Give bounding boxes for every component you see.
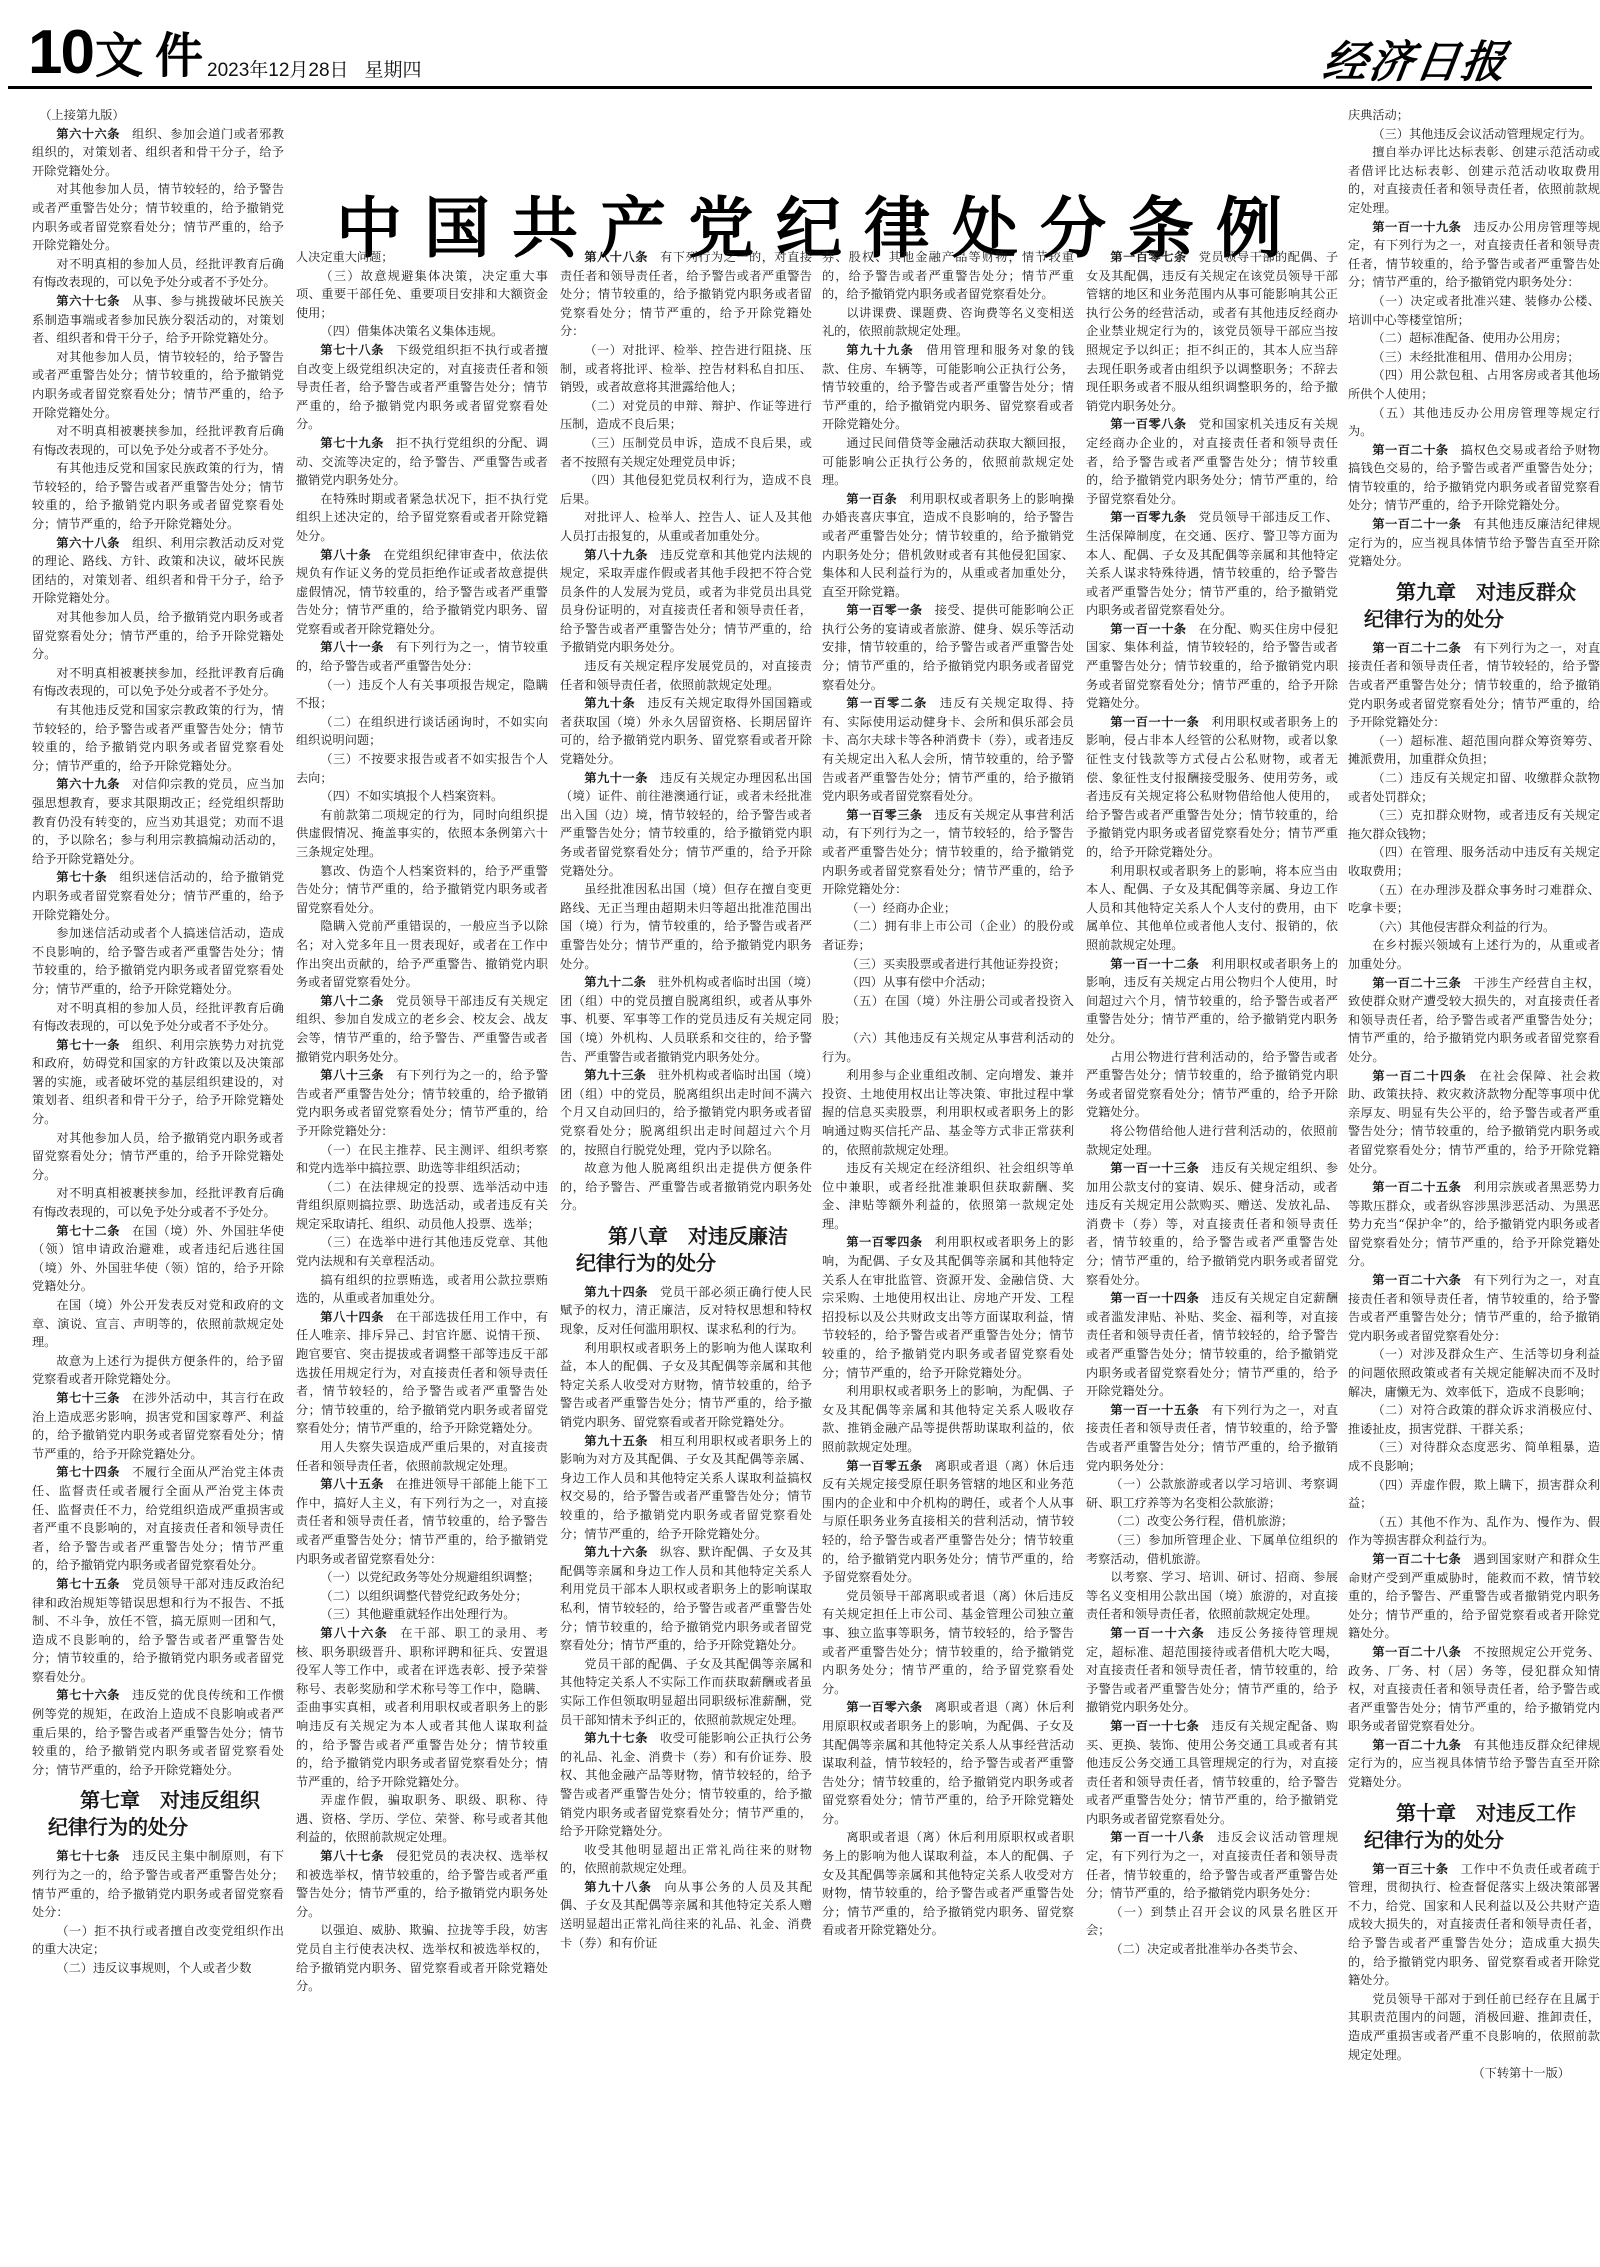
chapter-heading: 第七章 对违反组织纪律行为的处分 (32, 1787, 284, 1841)
body-paragraph: （三）故意规避集体决策，决定重大事项、重要干部任免、重要项目安排和大额资金使用； (296, 267, 548, 323)
article-number: 第九十五条 (584, 1434, 648, 1448)
article-paragraph: 第一百零一条接受、提供可能影响公正执行公务的宴请或者旅游、健身、娱乐等活动安排，… (822, 601, 1074, 694)
article-paragraph: 第一百零六条离职或者退（离）休后利用原职权或者职务上的影响，为配偶、子女及其配偶… (822, 1698, 1074, 1828)
article-paragraph: 第一百条利用职权或者职务上的影响操办婚丧喜庆事宜，造成不良影响的，给予警告或者严… (822, 490, 1074, 602)
body-paragraph: 违反有关规定程序发展党员的，对直接责任者和领导责任者，依照前款规定处理。 (560, 657, 812, 694)
article-number: 第一百二十六条 (1372, 1273, 1461, 1287)
article-paragraph: 第一百二十八条不按照规定公开党务、政务、厂务、村（居）务等，侵犯群众知情权，对直… (1348, 1643, 1600, 1736)
article-number: 第一百一十三条 (1110, 1161, 1199, 1175)
date-line: 2023年12月28日星期四 (207, 55, 422, 82)
body-paragraph: 违反有关规定在经济组织、社会组织等单位中兼职，或者经批准兼职但获取薪酬、奖金、津… (822, 1159, 1074, 1233)
article-paragraph: 第一百二十六条有下列行为之一，对直接责任者和领导责任者，情节较重的，给予警告或者… (1348, 1271, 1600, 1345)
body-paragraph: （二）以组织调整代替党纪政务处分； (296, 1587, 548, 1606)
article-paragraph: 第一百一十条在分配、购买住房中侵犯国家、集体利益，情节较轻的，给予警告或者严重警… (1086, 620, 1338, 713)
chapter-heading-line1: 第十章 对违反工作 (1348, 1800, 1600, 1827)
article-paragraph: 第一百零四条利用职权或者职务上的影响，为配偶、子女及其配偶等亲属和其他特定关系人… (822, 1233, 1074, 1382)
article-number: 第八十一条 (320, 640, 384, 654)
article-number: 第一百条 (846, 492, 897, 506)
body-paragraph: 党员干部的配偶、子女及其配偶等亲属和其他特定关系人不实际工作而获取薪酬或者虽实际… (560, 1655, 812, 1729)
chapter-heading-line1: 第九章 对违反群众 (1348, 579, 1600, 606)
article-number: 第一百一十六条 (1110, 1626, 1205, 1640)
article-text: 党员领导干部违反工作、生活保障制度，在交通、医疗、警卫等方面为本人、配偶、子女及… (1086, 510, 1338, 617)
article-paragraph: 第一百一十一条利用职权或者职务上的影响，侵占非本人经管的公私财物，或者以象征性支… (1086, 713, 1338, 862)
article-number: 第八十条 (320, 548, 371, 562)
article-number: 第一百零一条 (846, 603, 922, 617)
article-paragraph: 第八十七条侵犯党员的表决权、选举权和被选举权，情节较重的，给予警告或者严重警告处… (296, 1847, 548, 1921)
article-paragraph: 第一百零二条违反有关规定取得、持有、实际使用运动健身卡、会所和俱乐部会员卡、高尔… (822, 694, 1074, 806)
article-number: 第七十六条 (56, 1688, 120, 1702)
article-number: 第七十七条 (56, 1849, 120, 1863)
article-text: 违反党章和其他党内法规的规定，采取弄虚作假或者其他手段把不符合党员条件的人发展为… (560, 548, 812, 655)
article-paragraph: 第一百零七条党员领导干部的配偶、子女及其配偶，违反有关规定在该党员领导干部管辖的… (1086, 248, 1338, 415)
article-number: 第一百一十一条 (1110, 715, 1199, 729)
article-paragraph: 第九十条违反有关规定取得外国国籍或者获取国（境）外永久居留资格、长期居留许可的，… (560, 694, 812, 768)
article-text: 离职或者退（离）休后违反有关规定接受原任职务管辖的地区和业务范围内的企业和中介机… (822, 1459, 1074, 1585)
body-paragraph: 对不明真相的参加人员，经批评教育后确有悔改表现的，可以免予处分或者不予处分。 (32, 999, 284, 1036)
article-number: 第一百零五条 (846, 1459, 922, 1473)
page-header: 10 文件 2023年12月28日星期四 经济日报 (0, 0, 1600, 90)
text-column-5: 第一百零七条党员领导干部的配偶、子女及其配偶，违反有关规定在该党员领导干部管辖的… (1086, 248, 1338, 2258)
body-paragraph: 利用职权或者职务上的影响为他人谋取利益，本人的配偶、子女及其配偶等亲属和其他特定… (560, 1339, 812, 1432)
article-paragraph: 第九十八条向从事公务的人员及其配偶、子女及其配偶等亲属和其他特定关系人赠送明显超… (560, 1878, 812, 1952)
article-paragraph: 第八十四条在干部选拔任用工作中，有任人唯亲、排斥异己、封官许愿、说情干预、跑官要… (296, 1308, 548, 1438)
article-number: 第八十二条 (320, 994, 384, 1008)
page-number: 10 (28, 22, 93, 84)
body-paragraph: 有其他违反党和国家宗教政策的行为，情节较轻的，给予警告或者严重警告处分；情节较重… (32, 701, 284, 775)
article-number: 第八十四条 (320, 1310, 384, 1324)
article-paragraph: 第七十五条党员领导干部对违反政治纪律和政治规矩等错误思想和行为不报告、不抵制、不… (32, 1575, 284, 1687)
body-paragraph: （一）经商办企业； (822, 899, 1074, 918)
body-paragraph: （三）未经批准租用、借用办公用房； (1348, 348, 1600, 367)
article-paragraph: 第一百一十四条违反有关规定自定薪酬或者滥发津贴、补贴、奖金、福利等，对直接责任者… (1086, 1289, 1338, 1401)
article-paragraph: 第七十条组织迷信活动的，给予撤销党内职务或者留党察看处分；情节严重的，给予开除党… (32, 868, 284, 924)
article-text: 违反有关规定自定薪酬或者滥发津贴、补贴、奖金、福利等，对直接责任者和领导责任者，… (1086, 1291, 1338, 1398)
body-paragraph: （三）在选举中进行其他违反党章、其他党内法规和有关章程活动。 (296, 1233, 548, 1270)
text-column-4: 券、股权、其他金融产品等财物，情节较重的，给予警告或者严重警告处分；情节严重的，… (822, 248, 1074, 2258)
article-number: 第八十五条 (320, 1477, 384, 1491)
body-paragraph: （二）超标准配备、使用办公用房； (1348, 329, 1600, 348)
body-paragraph: （二）决定或者批准举办各类节会、 (1086, 1940, 1338, 1959)
body-paragraph: 对不明真相被裹挟参加，经批评教育后确有悔改表现的，可以免予处分或者不予处分。 (32, 422, 284, 459)
body-paragraph: 对其他参加人员，给予撤销党内职务或者留党察看处分；情节严重的，给予开除党籍处分。 (32, 608, 284, 664)
article-number: 第八十七条 (320, 1849, 384, 1863)
article-paragraph: 第七十四条不履行全面从严治党主体责任、监督责任或者履行全面从严治党主体责任、监督… (32, 1463, 284, 1575)
body-paragraph: （一）以党纪政务等处分规避组织调整； (296, 1568, 548, 1587)
chapter-heading-line1: 第八章 对违反廉洁 (560, 1223, 812, 1250)
article-number: 第六十六条 (56, 127, 120, 141)
body-paragraph: （四）弄虚作假，欺上瞒下，损害群众利益； (1348, 1476, 1600, 1513)
body-paragraph: （四）用公款包租、占用客房或者其他场所供个人使用； (1348, 366, 1600, 403)
article-paragraph: 第九十四条党员干部必须正确行使人民赋予的权力，清正廉洁，反对特权思想和特权现象，… (560, 1283, 812, 1339)
body-paragraph: 对批评人、检举人、控告人、证人及其他人员打击报复的，从重或者加重处分。 (560, 508, 812, 545)
article-number: 第一百二十四条 (1372, 1069, 1467, 1083)
article-paragraph: 第一百二十九条有其他违反群众纪律规定行为的，应当视具体情节给予警告直至开除党籍处… (1348, 1736, 1600, 1792)
body-paragraph: 在国（境）外公开发表反对党和政府的文章、演说、宣言、声明等的，依照前款规定处理。 (32, 1296, 284, 1352)
article-paragraph: 第六十七条从事、参与挑拨破坏民族关系制造事端或者参加民族分裂活动的，对策划者、组… (32, 292, 284, 348)
article-paragraph: 第八十条在党组织纪律审查中，依法依规负有作证义务的党员拒绝作证或者故意提供虚假情… (296, 546, 548, 639)
text-column-3: 第八十八条有下列行为之一的，对直接责任者和领导责任者，给予警告或者严重警告处分；… (560, 248, 812, 2258)
body-paragraph: 有其他违反党和国家民族政策的行为，情节较轻的，给予警告或者严重警告处分；情节较重… (32, 459, 284, 533)
article-number: 第一百零三条 (846, 808, 922, 822)
article-paragraph: 第一百二十五条利用宗族或者黑恶势力等欺压群众，或者纵容涉黑涉恶活动、为黑恶势力充… (1348, 1178, 1600, 1271)
body-paragraph: （二）违反有关规定扣留、收缴群众款物或者处罚群众； (1348, 769, 1600, 806)
body-paragraph: （二）对党员的申辩、辩护、作证等进行压制，造成不良后果； (560, 397, 812, 434)
continued-paragraph: 庆典活动； (1348, 106, 1600, 125)
body-paragraph: 虽经批准因私出国（境）但存在擅自变更路线、无正当理由超期未归等超出批准范围出国（… (560, 880, 812, 973)
article-text: 在社会保障、社会救助、政策扶持、救灾救济款物分配等事项中优亲厚友、明显有失公平的… (1348, 1069, 1600, 1176)
article-paragraph: 第一百零九条党员领导干部违反工作、生活保障制度，在交通、医疗、警卫等方面为本人、… (1086, 508, 1338, 620)
article-paragraph: 第一百一十六条违反公务接待管理规定，超标准、超范围接待或者借机大吃大喝，对直接责… (1086, 1624, 1338, 1717)
body-paragraph: 对不明真相被裹挟参加，经批评教育后确有悔改表现的，可以免予处分或者不予处分。 (32, 1184, 284, 1221)
chapter-heading-line2: 纪律行为的处分 (1348, 606, 1600, 633)
article-paragraph: 第一百二十条搞权色交易或者给予财物搞钱色交易的，给予警告或者严重警告处分；情节较… (1348, 441, 1600, 515)
body-paragraph: （五）在办理涉及群众事务时刁难群众、吃拿卡要； (1348, 881, 1600, 918)
body-paragraph: 对不明真相的参加人员，经批评教育后确有悔改表现的，可以免予处分或者不予处分。 (32, 255, 284, 292)
article-text: 违反有关规定组织、参加用公款支付的宴请、娱乐、健身活动，或者违反有关规定用公款购… (1086, 1161, 1338, 1287)
body-paragraph: 收受其他明显超出正常礼尚往来的财物的，依照前款规定处理。 (560, 1841, 812, 1878)
body-paragraph: （三）买卖股票或者进行其他证券投资； (822, 955, 1074, 974)
text-column-2: 人决定重大问题；（三）故意规避集体决策，决定重大事项、重要干部任免、重要项目安排… (296, 248, 548, 2258)
chapter-heading-line2: 纪律行为的处分 (560, 1250, 812, 1277)
body-paragraph: 参加迷信活动或者个人搞迷信活动，造成不良影响的，给予警告或者严重警告处分；情节较… (32, 924, 284, 998)
article-number: 第七十三条 (56, 1391, 120, 1405)
body-paragraph: 对其他参加人员，给予撤销党内职务或者留党察看处分；情节严重的，给予开除党籍处分。 (32, 1129, 284, 1185)
issue-weekday: 星期四 (365, 60, 422, 81)
body-paragraph: （一）违反个人有关事项报告规定，隐瞒不报； (296, 676, 548, 713)
article-number: 第六十九条 (56, 777, 120, 791)
article-number: 第九十四条 (584, 1285, 648, 1299)
article-paragraph: 第七十六条违反党的优良传统和工作惯例等党的规矩，在政治上造成不良影响或者严重后果… (32, 1686, 284, 1779)
body-paragraph: （三）参加所管理企业、下属单位组织的考察活动，借机旅游。 (1086, 1531, 1338, 1568)
body-paragraph: 弄虚作假，骗取职务、职级、职称、待遇、资格、学历、学位、荣誉、称号或者其他利益的… (296, 1791, 548, 1847)
article-number: 第七十五条 (56, 1577, 120, 1591)
article-text: 纵容、默许配偶、子女及其配偶等亲属和身边工作人员和其他特定关系人利用党员干部本人… (560, 1545, 812, 1652)
body-paragraph: 有前款第二项规定的行为，同时向组织提供虚假情况、掩盖事实的，依照本条例第六十三条… (296, 806, 548, 862)
body-paragraph: 以考察、学习、培训、研讨、招商、参展等名义变相用公款出国（境）旅游的，对直接责任… (1086, 1568, 1338, 1624)
article-number: 第七十四条 (56, 1465, 120, 1479)
article-number: 第七十条 (56, 870, 107, 884)
article-number: 第八十三条 (320, 1068, 384, 1082)
article-paragraph: 第一百零八条党和国家机关违反有关规定经商办企业的，对直接责任者和领导责任者，给予… (1086, 415, 1338, 508)
article-number: 第一百零六条 (846, 1700, 922, 1714)
body-paragraph: （三）对待群众态度恶劣、简单粗暴，造成不良影响； (1348, 1438, 1600, 1475)
body-paragraph: （一）公款旅游或者以学习培训、考察调研、职工疗养等为名变相公款旅游； (1086, 1475, 1338, 1512)
body-paragraph: （一）对涉及群众生产、生活等切身利益的问题依照政策或者有关规定能解决而不及时解决… (1348, 1345, 1600, 1401)
article-text: 违反有关规定取得、持有、实际使用运动健身卡、会所和俱乐部会员卡、高尔夫球卡等各种… (822, 696, 1074, 803)
body-paragraph: （六）其他侵害群众利益的行为。 (1348, 918, 1600, 937)
article-paragraph: 第一百二十四条在社会保障、社会救助、政策扶持、救灾救济款物分配等事项中优亲厚友、… (1348, 1067, 1600, 1179)
article-number: 第一百一十七条 (1110, 1719, 1199, 1733)
article-text: 在干部选拔任用工作中，有任人唯亲、排斥异己、封官许愿、说情干预、跑官要官、突击提… (296, 1310, 548, 1436)
body-paragraph: （三）不按要求报告或者不如实报告个人去向； (296, 750, 548, 787)
article-number: 第一百零四条 (846, 1235, 922, 1249)
article-text: 违反有关规定办理因私出国（境）证件、前往港澳通行证，或者未经批准出入国（边）境，… (560, 771, 812, 878)
article-paragraph: 第一百二十一条有其他违反廉洁纪律规定行为的，应当视具体情节给予警告直至开除党籍处… (1348, 515, 1600, 571)
body-paragraph: 对其他参加人员，情节较轻的，给予警告或者严重警告处分；情节较重的，给予撤销党内职… (32, 180, 284, 254)
article-number: 第八十八条 (584, 250, 648, 264)
article-text: 不履行全面从严治党主体责任、监督责任或者履行全面从严治党主体责任、监督责任不力，… (32, 1465, 284, 1572)
article-paragraph: 第九十六条纵容、默许配偶、子女及其配偶等亲属和身边工作人员和其他特定关系人利用党… (560, 1543, 812, 1655)
article-text: 党员领导干部的配偶、子女及其配偶，违反有关规定在该党员领导干部管辖的地区和业务范… (1086, 250, 1338, 413)
article-number: 第六十七条 (56, 294, 120, 308)
body-paragraph: （四）借集体决策名义集体违规。 (296, 322, 548, 341)
article-number: 第一百二十三条 (1372, 976, 1461, 990)
article-text: 离职或者退（离）休后利用原职权或者职务上的影响，为配偶、子女及其配偶等亲属和其他… (822, 1700, 1074, 1826)
article-paragraph: 第一百三十条工作中不负责任或者疏于管理，贯彻执行、检查督促落实上级决策部署不力，… (1348, 1860, 1600, 1990)
article-number: 第一百一十八条 (1110, 1830, 1205, 1844)
article-number: 第九十一条 (584, 771, 648, 785)
body-paragraph: （一）在民主推荐、民主测评、组织考察和党内选举中搞拉票、助选等非组织活动； (296, 1141, 548, 1178)
body-paragraph: 利用参与企业重组改制、定向增发、兼并投资、土地使用权出让等决策、审批过程中掌握的… (822, 1066, 1074, 1159)
article-number: 第七十一条 (56, 1038, 120, 1052)
body-paragraph: （一）拒不执行或者擅自改变党组织作出的重大决定； (32, 1922, 284, 1959)
article-number: 第一百一十二条 (1110, 957, 1199, 971)
body-paragraph: （六）其他违反有关规定从事营利活动的行为。 (822, 1029, 1074, 1066)
body-paragraph: 通过民间借贷等金融活动获取大额回报，可能影响公正执行公务的，依照前款规定处理。 (822, 434, 1074, 490)
article-paragraph: 第一百零三条违反有关规定从事营利活动，有下列行为之一，情节较轻的，给予警告或者严… (822, 806, 1074, 899)
article-paragraph: 第八十一条有下列行为之一，情节较重的，给予警告或者严重警告处分： (296, 638, 548, 675)
body-paragraph: 篡改、伪造个人档案资料的，给予严重警告处分；情节严重的，给予撤销党内职务或者留党… (296, 862, 548, 918)
article-paragraph: 第一百二十二条有下列行为之一，对直接责任者和领导责任者，情节较轻的，给予警告或者… (1348, 639, 1600, 732)
article-number: 第一百二十一条 (1372, 517, 1461, 531)
article-paragraph: 第八十九条违反党章和其他党内法规的规定，采取弄虚作假或者其他手段把不符合党员条件… (560, 546, 812, 658)
body-paragraph: （三）克扣群众财物，或者违反有关规定拖欠群众钱物； (1348, 806, 1600, 843)
article-paragraph: 第一百一十七条违反有关规定配备、购买、更换、装饰、使用公务交通工具或者有其他违反… (1086, 1717, 1338, 1829)
article-number: 第八十六条 (320, 1626, 388, 1640)
article-paragraph: 第一百二十七条遇到国家财产和群众生命财产受到严重威胁时，能救而不救，情节较重的，… (1348, 1550, 1600, 1643)
article-paragraph: 第九十七条收受可能影响公正执行公务的礼品、礼金、消费卡（券）和有价证券、股权、其… (560, 1729, 812, 1841)
article-number: 第九十六条 (584, 1545, 648, 1559)
article-text: 相互利用职权或者职务上的影响为对方及其配偶、子女及其配偶等亲属、身边工作人员和其… (560, 1434, 812, 1541)
body-paragraph: 对其他参加人员，情节较轻的，给予警告或者严重警告处分；情节较重的，给予撤销党内职… (32, 348, 284, 422)
article-text: 利用职权或者职务上的影响，为配偶、子女及其配偶等亲属和其他特定关系人在审批监管、… (822, 1235, 1074, 1379)
article-paragraph: 第七十二条在国（境）外、外国驻华使（领）馆申请政治避难，或者违纪后逃往国（境）外… (32, 1222, 284, 1296)
article-number: 第一百一十九条 (1372, 220, 1461, 234)
article-number: 第七十二条 (56, 1224, 120, 1238)
article-paragraph: 第八十三条有下列行为之一的，给予警告或者严重警告处分；情节较重的，给予撤销党内职… (296, 1066, 548, 1140)
body-paragraph: 利用职权或者职务上的影响，为配偶、子女及其配偶等亲属和其他特定关系人吸收存款、推… (822, 1382, 1074, 1456)
issue-date: 2023年12月28日 (207, 60, 349, 81)
article-text: 在干部、职工的录用、考核、职务职级晋升、职称评聘和征兵、安置退役军人等工作中，或… (296, 1626, 548, 1789)
body-paragraph: 以强迫、威胁、欺骗、拉拢等手段，妨害党员自主行使表决权、选举权和被选举权的，给予… (296, 1921, 548, 1995)
article-paragraph: 第九十二条驻外机构或者临时出国（境）团（组）中的党员擅自脱离组织，或者从事外事、… (560, 973, 812, 1066)
body-paragraph: 故意为上述行为提供方便条件的，给予留党察看或者开除党籍处分。 (32, 1352, 284, 1389)
body-paragraph: 以讲课费、课题费、咨询费等名义变相送礼的，依照前款规定处理。 (822, 304, 1074, 341)
body-paragraph: （二）违反议事规则，个人或者少数 (32, 1959, 284, 1978)
article-number: 第九十条 (584, 696, 635, 710)
article-number: 第九十八条 (584, 1880, 652, 1894)
body-paragraph: 搞有组织的拉票贿选，或者用公款拉票贿选的，从重或者加重处分。 (296, 1271, 548, 1308)
body-paragraph: （二）改变公务行程，借机旅游； (1086, 1512, 1338, 1531)
article-number: 第一百二十七条 (1372, 1552, 1461, 1566)
article-text: 党员领导干部对违反政治纪律和政治规矩等错误思想和行为不报告、不抵制、不斗争，放任… (32, 1577, 284, 1684)
article-paragraph: 第八十六条在干部、职工的录用、考核、职务职级晋升、职称评聘和征兵、安置退役军人等… (296, 1624, 548, 1791)
article-number: 第一百二十二条 (1372, 641, 1461, 655)
section-name: 文件 (95, 28, 215, 84)
article-number: 第一百二十条 (1372, 443, 1448, 457)
body-paragraph: （三）其他违反会议活动管理规定行为。 (1348, 125, 1600, 144)
text-column-6: 庆典活动；（三）其他违反会议活动管理规定行为。擅自举办评比达标表彰、创建示范活动… (1348, 106, 1600, 2256)
body-paragraph: （五）在国（境）外注册公司或者投资入股； (822, 992, 1074, 1029)
body-paragraph: （一）对批评、检举、控告进行阻挠、压制，或者将批评、检举、控告材料私自扣压、销毁… (560, 341, 812, 397)
article-number: 第一百零八条 (1110, 417, 1186, 431)
article-text: 收受可能影响公正执行公务的礼品、礼金、消费卡（券）和有价证券、股权、其他金融产品… (560, 1731, 812, 1838)
article-paragraph: 第九十一条违反有关规定办理因私出国（境）证件、前往港澳通行证，或者未经批准出入国… (560, 769, 812, 881)
continued-paragraph: 券、股权、其他金融产品等财物，情节较重的，给予警告或者严重警告处分；情节严重的，… (822, 248, 1074, 304)
article-number: 第一百二十八条 (1372, 1645, 1461, 1659)
article-paragraph: 第七十一条组织、利用宗族势力对抗党和政府，妨碍党和国家的方针政策以及决策部署的实… (32, 1036, 284, 1129)
article-number: 第一百三十条 (1372, 1862, 1448, 1876)
article-number: 第九十二条 (584, 975, 646, 989)
body-paragraph: （五）其他不作为、乱作为、慢作为、假作为等损害群众利益行为。 (1348, 1513, 1600, 1550)
article-paragraph: 第八十二条党员领导干部违反有关规定组织、参加自发成立的老乡会、校友会、战友会等，… (296, 992, 548, 1066)
article-paragraph: 第一百一十二条利用职权或者职务上的影响，违反有关规定占用公物归个人使用，时间超过… (1086, 955, 1338, 1048)
article-text: 违反有关规定配备、购买、更换、装饰、使用公务交通工具或者有其他违反公务交通工具管… (1086, 1719, 1338, 1826)
article-paragraph: 第一百一十九条违反办公用房管理等规定，有下列行为之一，对直接责任者和领导责任者，… (1348, 218, 1600, 292)
continued-paragraph: 人决定重大问题； (296, 248, 548, 267)
article-text: 工作中不负责任或者疏于管理，贯彻执行、检查督促落实上级决策部署不力，给党、国家和… (1348, 1862, 1600, 1988)
chapter-heading-line2: 纪律行为的处分 (1348, 1827, 1600, 1854)
body-paragraph: 用人失察失误造成严重后果的，对直接责任者和领导责任者，依照前款规定处理。 (296, 1438, 548, 1475)
article-number: 第八十九条 (584, 548, 648, 562)
chapter-heading-line2: 纪律行为的处分 (32, 1814, 284, 1841)
body-paragraph: 隐瞒入党前严重错误的，一般应当予以除名；对入党多年且一贯表现好，或者在工作中作出… (296, 917, 548, 991)
article-paragraph: 第一百零五条离职或者退（离）休后违反有关规定接受原任职务管辖的地区和业务范围内的… (822, 1457, 1074, 1587)
body-paragraph: （四）在管理、服务活动中违反有关规定收取费用； (1348, 843, 1600, 880)
body-paragraph: （二）在法律规定的投票、选举活动中违背组织原则搞拉票、助选活动，或者违反有关规定… (296, 1178, 548, 1234)
article-number: 第一百二十九条 (1372, 1738, 1461, 1752)
continued-from-note: （上接第九版） (32, 106, 284, 125)
article-paragraph: 第六十六条组织、参加会道门或者邪教组织的，对策划者、组织者和骨干分子，给予开除党… (32, 125, 284, 181)
body-paragraph: 占用公物进行营利活动的，给予警告或者严重警告处分；情节较重的，给予撤销党内职务或… (1086, 1048, 1338, 1122)
header-rule (8, 86, 1592, 89)
chapter-heading-line1: 第七章 对违反组织 (32, 1787, 284, 1814)
body-paragraph: （四）不如实填报个人档案资料。 (296, 787, 548, 806)
article-number: 第一百零二条 (846, 696, 927, 710)
masthead-logo: 经济日报 (1320, 26, 1513, 90)
article-paragraph: 第九十五条相互利用职权或者职务上的影响为对方及其配偶、子女及其配偶等亲属、身边工… (560, 1432, 812, 1544)
body-paragraph: （四）其他侵犯党员权利行为，造成不良后果。 (560, 471, 812, 508)
body-paragraph: 在特殊时期或者紧急状况下，拒不执行党组织上述决定的，给予留党察看或者开除党籍处分… (296, 490, 548, 546)
article-text: 利用职权或者职务上的影响操办婚丧喜庆事宜，造成不良影响的，给予警告或者严重警告处… (822, 492, 1074, 599)
article-paragraph: 第七十九条拒不执行党组织的分配、调动、交流等决定的，给予警告、严重警告或者撤销党… (296, 434, 548, 490)
article-number: 第九十七条 (584, 1731, 648, 1745)
body-paragraph: （一）到禁止召开会议的风景名胜区开会； (1086, 1903, 1338, 1940)
body-paragraph: 在乡村振兴领域有上述行为的，从重或者加重处分。 (1348, 936, 1600, 973)
article-number: 第七十八条 (320, 343, 384, 357)
body-paragraph: （二）对符合政策的群众诉求消极应付、推诿扯皮，损害党群、干群关系； (1348, 1401, 1600, 1438)
article-paragraph: 第一百二十三条干涉生产经营自主权，致使群众财产遭受较大损失的，对直接责任者和领导… (1348, 974, 1600, 1067)
article-paragraph: 第七十七条违反民主集中制原则，有下列行为之一的，给予警告或者严重警告处分；情节严… (32, 1847, 284, 1921)
article-number: 第一百零七条 (1110, 250, 1186, 264)
article-number: 第九十九条 (846, 343, 914, 357)
article-number: 第七十九条 (320, 436, 384, 450)
body-paragraph: （二）拥有非上市公司（企业）的股份或者证券； (822, 917, 1074, 954)
article-number: 第一百零九条 (1110, 510, 1186, 524)
continued-on-note: （下转第十一版） (1348, 2064, 1600, 2083)
body-paragraph: 故意为他人脱离组织出走提供方便条件的，给予警告、严重警告或者撤销党内职务处分。 (560, 1159, 812, 1215)
body-paragraph: 将公物借给他人进行营利活动的，依照前款规定处理。 (1086, 1122, 1338, 1159)
body-paragraph: 党员领导干部对于到任前已经存在且属于其职责范围内的问题，消极回避、推卸责任，造成… (1348, 1990, 1600, 2064)
chapter-heading: 第八章 对违反廉洁纪律行为的处分 (560, 1223, 812, 1277)
body-paragraph: 利用职权或者职务上的影响，将本应当由本人、配偶、子女及其配偶等亲属、身边工作人员… (1086, 862, 1338, 955)
body-paragraph: 离职或者退（离）休后利用原职权或者职务上的影响为他人谋取利益，本人的配偶、子女及… (822, 1828, 1074, 1940)
article-paragraph: 第一百一十五条有下列行为之一，对直接责任者和领导责任者，情节较重的，给予警告或者… (1086, 1401, 1338, 1475)
article-number: 第一百二十五条 (1372, 1180, 1461, 1194)
body-paragraph: （三）其他避重就轻作出处理行为。 (296, 1605, 548, 1624)
article-paragraph: 第七十八条下级党组织拒不执行或者擅自改变上级党组织决定的，对直接责任者和领导责任… (296, 341, 548, 434)
body-paragraph: （三）压制党员申诉，造成不良后果，或者不按照有关规定处理党员申诉； (560, 434, 812, 471)
article-paragraph: 第六十九条对信仰宗教的党员，应当加强思想教育，要求其限期改正；经党组织帮助教育仍… (32, 775, 284, 868)
article-number: 第一百一十条 (1110, 622, 1186, 636)
body-paragraph: （四）从事有偿中介活动； (822, 973, 1074, 992)
body-paragraph: 擅自举办评比达标表彰、创建示范活动或者借评比达标表彰、创建示范活动收取费用的，对… (1348, 143, 1600, 217)
body-paragraph: 对不明真相被裹挟参加，经批评教育后确有悔改表现的，可以免予处分或者不予处分。 (32, 664, 284, 701)
article-number: 第一百一十四条 (1110, 1291, 1199, 1305)
article-paragraph: 第九十九条借用管理和服务对象的钱款、住房、车辆等，可能影响公正执行公务，情节较重… (822, 341, 1074, 434)
chapter-heading: 第十章 对违反工作纪律行为的处分 (1348, 1800, 1600, 1854)
article-paragraph: 第六十八条组织、利用宗教活动反对党的理论、路线、方针、政策和决议，破坏民族团结的… (32, 534, 284, 608)
article-paragraph: 第八十五条在推进领导干部能上能下工作中，搞好人主义，有下列行为之一，对直接责任者… (296, 1475, 548, 1568)
article-paragraph: 第一百一十八条违反会议活动管理规定，有下列行为之一，对直接责任者和领导责任者，情… (1086, 1828, 1338, 1902)
article-paragraph: 第一百一十三条违反有关规定组织、参加用公款支付的宴请、娱乐、健身活动，或者违反有… (1086, 1159, 1338, 1289)
body-paragraph: （五）其他违反办公用房管理等规定行为。 (1348, 404, 1600, 441)
text-column-1: （上接第九版）第六十六条组织、参加会道门或者邪教组织的，对策划者、组织者和骨干分… (32, 106, 284, 2256)
article-number: 第六十八条 (56, 536, 120, 550)
article-number: 第一百一十五条 (1110, 1403, 1199, 1417)
article-text: 利用职权或者职务上的影响，侵占非本人经管的公私财物，或者以象征性支付钱款等方式侵… (1086, 715, 1338, 859)
article-number: 第九十三条 (584, 1068, 646, 1082)
body-paragraph: （一）决定或者批准兴建、装修办公楼、培训中心等楼堂馆所； (1348, 292, 1600, 329)
article-paragraph: 第八十八条有下列行为之一的，对直接责任者和领导责任者，给予警告或者严重警告处分；… (560, 248, 812, 341)
chapter-heading: 第九章 对违反群众纪律行为的处分 (1348, 579, 1600, 633)
body-paragraph: 党员领导干部离职或者退（离）休后违反有关规定担任上市公司、基金管理公司独立董事、… (822, 1587, 1074, 1699)
article-paragraph: 第九十三条驻外机构或者临时出国（境）团（组）中的党员，脱离组织出走时间不满六个月… (560, 1066, 812, 1159)
body-paragraph: （一）超标准、超范围向群众筹资筹劳、摊派费用，加重群众负担； (1348, 732, 1600, 769)
article-paragraph: 第七十三条在涉外活动中，其言行在政治上造成恶劣影响，损害党和国家尊严、利益的，给… (32, 1389, 284, 1463)
body-paragraph: （二）在组织进行谈话函询时，不如实向组织说明问题； (296, 713, 548, 750)
